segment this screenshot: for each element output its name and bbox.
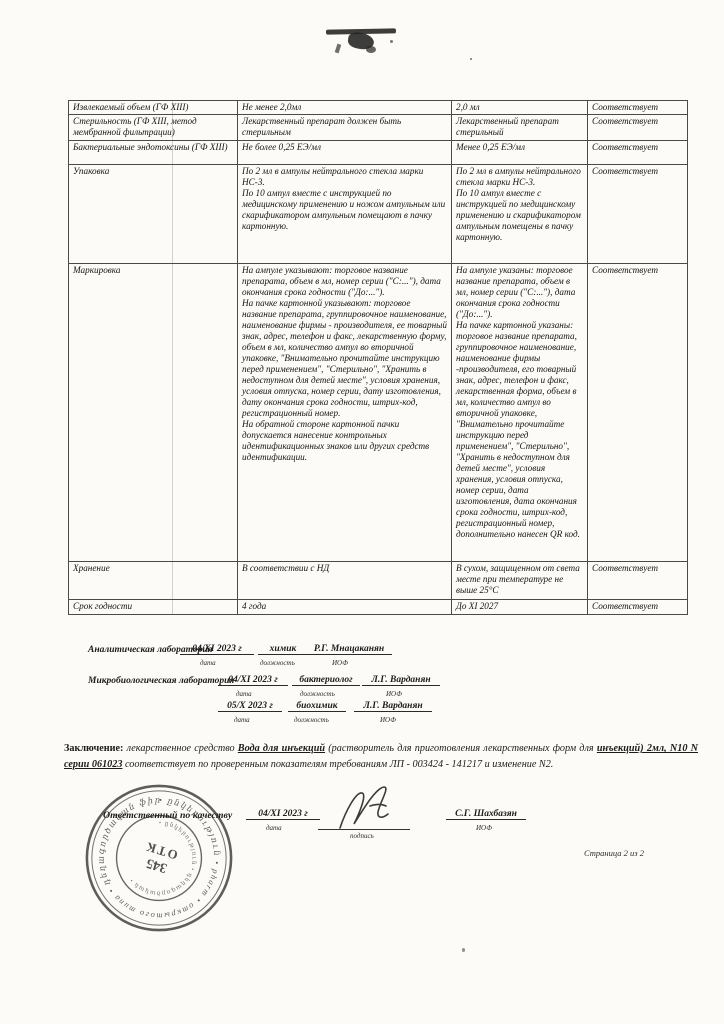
requirement-cell: Лекарственный препарат должен быть стери…: [238, 115, 452, 141]
conclusion-cell: Соответствует: [588, 264, 688, 562]
conclusion-cell: Соответствует: [588, 101, 688, 115]
person-caption: ИОФ: [380, 716, 396, 724]
conclusion-label: Заключение:: [64, 743, 123, 754]
micro-date-1: 04/XI 2023 г: [218, 675, 288, 686]
page-number: Страница 2 из 2: [584, 848, 644, 858]
result-cell: По 2 мл в ампулы нейтрального стекла мар…: [452, 165, 588, 264]
drug-name: Вода для инъекций: [238, 743, 325, 754]
scan-artifact: [462, 948, 465, 952]
requirement-cell: В соответствии с НД: [238, 562, 452, 600]
requirement-cell: Не более 0,25 ЕЭ/мл: [238, 141, 452, 165]
parameter-cell: Хранение: [69, 562, 238, 600]
parameter-cell: Бактериальные эндотоксины (ГФ XIII): [69, 141, 238, 165]
conclusion-cell: Соответствует: [588, 600, 688, 615]
analytical-person: Р.Г. Мнацаканян: [306, 644, 392, 655]
micro-lab-label: Микробиологическая лаборатория: [88, 676, 234, 686]
table-row: Хранение В соответствии с НД В сухом, за…: [69, 562, 688, 600]
table-row: Маркировка На ампуле указывают: торговое…: [69, 264, 688, 562]
conclusion-paragraph: Заключение: лекарственное средство Вода …: [64, 741, 698, 772]
result-cell: До XI 2027: [452, 600, 588, 615]
table-row: Срок годности 4 года До XI 2027 Соответс…: [69, 600, 688, 615]
position-caption: должность: [300, 690, 335, 698]
result-cell: Менее 0,25 ЕЭ/мл: [452, 141, 588, 165]
requirement-cell: 4 года: [238, 600, 452, 615]
conclusion-cell: Соответствует: [588, 562, 688, 600]
conclusion-text: лекарственное средство: [127, 743, 235, 754]
micro-person-2: Л.Г. Варданян: [354, 701, 432, 712]
table-row: Извлекаемый объем (ГФ XIII) Не менее 2,0…: [69, 101, 688, 115]
scanned-document-page: Извлекаемый объем (ГФ XIII) Не менее 2,0…: [0, 0, 724, 1024]
conclusion-cell: Соответствует: [588, 141, 688, 165]
person-caption: ИОФ: [332, 659, 348, 667]
scan-artifact: [335, 44, 342, 54]
micro-date-2: 05/X 2023 г: [218, 701, 282, 712]
date-caption: дата: [200, 659, 216, 667]
analytical-position: химик: [258, 644, 308, 655]
requirement-cell: Не менее 2,0мл: [238, 101, 452, 115]
table-row: Бактериальные эндотоксины (ГФ XIII) Не б…: [69, 141, 688, 165]
table-row: Упаковка По 2 мл в ампулы нейтрального с…: [69, 165, 688, 264]
scan-artifact: [390, 40, 393, 43]
person-caption: ИОФ: [476, 824, 492, 832]
table-row: Стерильность (ГФ XIII, метод мембранной …: [69, 115, 688, 141]
micro-position-1: бактериолог: [292, 675, 360, 686]
parameter-cell: Маркировка: [69, 264, 238, 562]
company-round-stamp: • ընկերություն • pharm • открытого типа …: [80, 779, 238, 937]
conclusion-cell: Соответствует: [588, 115, 688, 141]
date-caption: дата: [236, 690, 252, 698]
conclusion-cell: Соответствует: [588, 165, 688, 264]
parameter-cell: Стерильность (ГФ XIII, метод мембранной …: [69, 115, 238, 141]
micro-person-1: Л.Г. Варданян: [362, 675, 440, 686]
scan-artifact: [470, 58, 472, 60]
result-cell: На ампуле указаны: торговое название пре…: [452, 264, 588, 562]
result-cell: В сухом, защищенном от света месте при т…: [452, 562, 588, 600]
position-caption: должность: [294, 716, 329, 724]
date-caption: дата: [234, 716, 250, 724]
conclusion-text: соответствует по проверенным показателям…: [125, 759, 553, 770]
handwritten-signature: [330, 784, 414, 834]
date-caption: дата: [266, 824, 282, 832]
requirement-cell: На ампуле указывают: торговое название п…: [238, 264, 452, 562]
scan-artifact: [366, 46, 376, 53]
result-cell: Лекарственный препарат стерильный: [452, 115, 588, 141]
conclusion-text: (растворитель для приготовления лекарств…: [328, 743, 593, 754]
position-caption: должность: [260, 659, 295, 667]
parameter-cell: Упаковка: [69, 165, 238, 264]
analytical-date: 04/XI 2023 г: [180, 644, 254, 655]
person-caption: ИОФ: [386, 690, 402, 698]
qc-results-table: Извлекаемый объем (ГФ XIII) Не менее 2,0…: [68, 100, 688, 615]
approval-date: 04/XI 2023 г: [246, 809, 320, 820]
parameter-cell: Извлекаемый объем (ГФ XIII): [69, 101, 238, 115]
micro-position-2: биохимик: [288, 701, 346, 712]
result-cell: 2,0 мл: [452, 101, 588, 115]
approval-person: С.Г. Шахбазян: [446, 809, 526, 820]
requirement-cell: По 2 мл в ампулы нейтрального стекла мар…: [238, 165, 452, 264]
parameter-cell: Срок годности: [69, 600, 238, 615]
